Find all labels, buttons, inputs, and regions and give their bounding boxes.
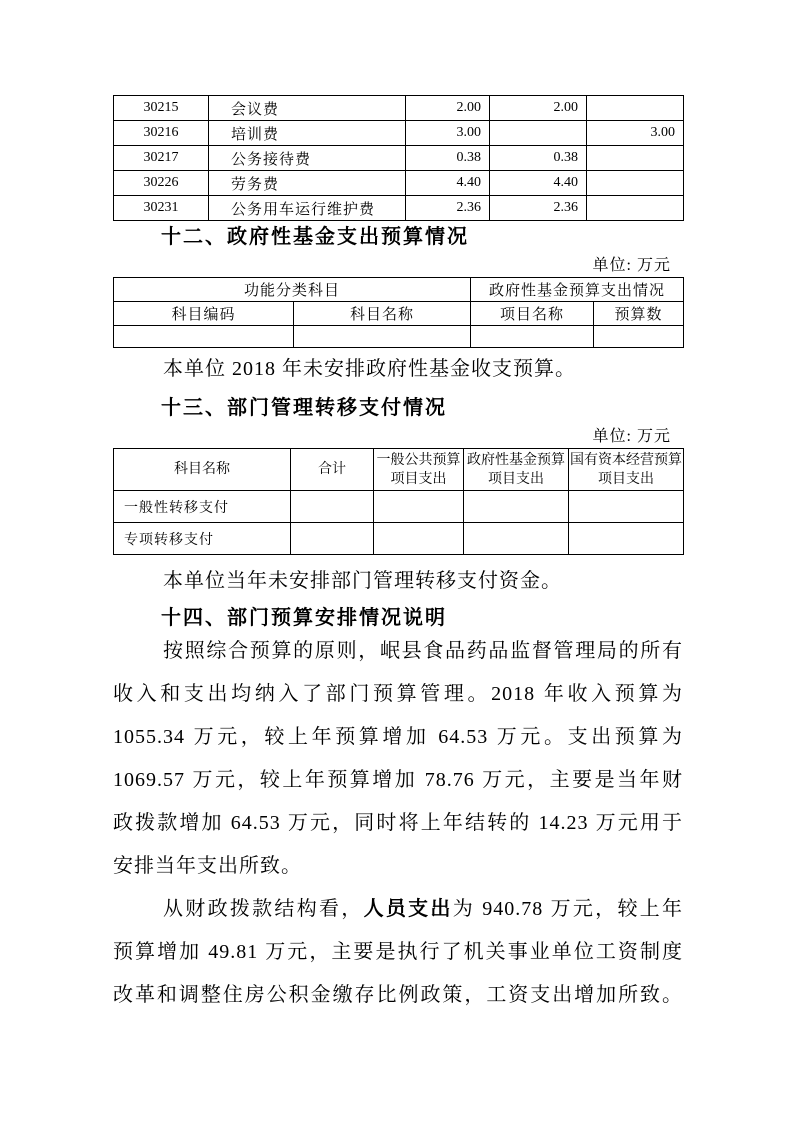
cell-subject-code: 30217 xyxy=(114,146,209,171)
header-line: 国有资本经营预算 xyxy=(569,451,683,470)
paragraph-line: 按照综合预算的原则，岷县食品药品监督管理局的所有 xyxy=(113,630,683,673)
cell-subject-name: 培训费 xyxy=(209,121,406,146)
empty-cell xyxy=(294,326,471,348)
section-14-body: 按照综合预算的原则，岷县食品药品监督管理局的所有 收入和支出均纳入了部门预算管理… xyxy=(113,630,683,1017)
cell-amount-total: 0.38 xyxy=(406,146,490,171)
paragraph-line: 从财政拨款结构看，人员支出为 940.78 万元，较上年 xyxy=(113,888,683,931)
column-header-total: 合计 xyxy=(291,449,374,491)
paragraph-line: 预算增加 49.81 万元，主要是执行了机关事业单位工资制度 xyxy=(113,931,683,974)
header-line: 项目支出 xyxy=(569,470,683,489)
table-header-row: 科目编码 科目名称 项目名称 预算数 xyxy=(114,302,684,326)
cell-row-label: 一般性转移支付 xyxy=(114,491,291,523)
column-header-government-fund-budget: 政府性基金预算 项目支出 xyxy=(464,449,569,491)
table-row: 专项转移支付 xyxy=(114,523,684,555)
page-content: 30215 会议费 2.00 2.00 30216 培训费 3.00 3.00 … xyxy=(113,95,683,1017)
group-header-fund-expense: 政府性基金预算支出情况 xyxy=(471,278,684,302)
cell-subject-name: 公务接待费 xyxy=(209,146,406,171)
column-header-state-capital-budget: 国有资本经营预算 项目支出 xyxy=(569,449,684,491)
cell-amount-total: 2.36 xyxy=(406,196,490,221)
section-13-note: 本单位当年未安排部门管理转移支付资金。 xyxy=(113,568,683,594)
cell-amount-basic: 4.40 xyxy=(490,171,587,196)
table-row: 30226 劳务费 4.40 4.40 xyxy=(114,171,684,196)
section-12-heading: 十二、政府性基金支出预算情况 xyxy=(161,225,683,249)
column-header-subject-code: 科目编码 xyxy=(114,302,294,326)
table-row: 一般性转移支付 xyxy=(114,491,684,523)
cell-amount-basic: 2.36 xyxy=(490,196,587,221)
text-segment: 从财政拨款结构看， xyxy=(163,898,364,920)
cell-amount-total: 2.00 xyxy=(406,96,490,121)
table-group-header-row: 功能分类科目 政府性基金预算支出情况 xyxy=(114,278,684,302)
group-header-function-class: 功能分类科目 xyxy=(114,278,471,302)
paragraph-line: 1069.57 万元，较上年预算增加 78.76 万元，主要是当年财 xyxy=(113,759,683,802)
empty-cell xyxy=(569,491,684,523)
cell-amount-basic: 0.38 xyxy=(490,146,587,171)
cell-subject-name: 会议费 xyxy=(209,96,406,121)
section-13-heading: 十三、部门管理转移支付情况 xyxy=(161,396,683,420)
empty-cell xyxy=(594,326,684,348)
table-header-row: 科目名称 合计 一般公共预算 项目支出 政府性基金预算 项目支出 国有资本经营预… xyxy=(114,449,684,491)
transfer-payment-table: 科目名称 合计 一般公共预算 项目支出 政府性基金预算 项目支出 国有资本经营预… xyxy=(113,448,684,555)
cell-amount-total: 3.00 xyxy=(406,121,490,146)
empty-cell xyxy=(471,326,594,348)
cell-subject-code: 30215 xyxy=(114,96,209,121)
section-14-heading: 十四、部门预算安排情况说明 xyxy=(161,606,683,630)
table-row: 30231 公务用车运行维护费 2.36 2.36 xyxy=(114,196,684,221)
document-page: 30215 会议费 2.00 2.00 30216 培训费 3.00 3.00 … xyxy=(0,0,793,1122)
section-12-note: 本单位 2018 年未安排政府性基金收支预算。 xyxy=(113,356,683,382)
cell-amount-basic xyxy=(490,121,587,146)
header-line: 政府性基金预算 xyxy=(464,451,568,470)
empty-cell xyxy=(374,523,464,555)
column-header-project-name: 项目名称 xyxy=(471,302,594,326)
table-empty-row xyxy=(114,326,684,348)
bold-term-personnel-expense: 人员支出 xyxy=(364,898,453,920)
text-segment: 为 940.78 万元，较上年 xyxy=(453,898,683,920)
paragraph-line: 安排当年支出所致。 xyxy=(113,845,683,888)
column-header-general-public-budget: 一般公共预算 项目支出 xyxy=(374,449,464,491)
cell-amount-project xyxy=(587,171,684,196)
empty-cell xyxy=(464,523,569,555)
expense-classification-table: 30215 会议费 2.00 2.00 30216 培训费 3.00 3.00 … xyxy=(113,95,684,221)
cell-subject-name: 劳务费 xyxy=(209,171,406,196)
unit-label-section12: 单位: 万元 xyxy=(113,257,683,274)
header-line: 项目支出 xyxy=(464,470,568,489)
cell-amount-project xyxy=(587,96,684,121)
empty-cell xyxy=(569,523,684,555)
paragraph-line: 1055.34 万元，较上年预算增加 64.53 万元。支出预算为 xyxy=(113,716,683,759)
column-header-subject-name: 科目名称 xyxy=(114,449,291,491)
cell-subject-name: 公务用车运行维护费 xyxy=(209,196,406,221)
empty-cell xyxy=(464,491,569,523)
cell-subject-code: 30231 xyxy=(114,196,209,221)
cell-amount-project xyxy=(587,196,684,221)
table-row: 30215 会议费 2.00 2.00 xyxy=(114,96,684,121)
column-header-budget-amount: 预算数 xyxy=(594,302,684,326)
cell-row-label: 专项转移支付 xyxy=(114,523,291,555)
empty-cell xyxy=(374,491,464,523)
table-row: 30216 培训费 3.00 3.00 xyxy=(114,121,684,146)
empty-cell xyxy=(291,523,374,555)
empty-cell xyxy=(114,326,294,348)
cell-amount-project: 3.00 xyxy=(587,121,684,146)
paragraph-line: 收入和支出均纳入了部门预算管理。2018 年收入预算为 xyxy=(113,673,683,716)
cell-amount-basic: 2.00 xyxy=(490,96,587,121)
cell-amount-total: 4.40 xyxy=(406,171,490,196)
unit-label-section13: 单位: 万元 xyxy=(113,428,683,445)
header-line: 项目支出 xyxy=(374,470,463,489)
header-line: 一般公共预算 xyxy=(374,451,463,470)
paragraph-line: 改革和调整住房公积金缴存比例政策，工资支出增加所致。 xyxy=(113,974,683,1017)
cell-subject-code: 30226 xyxy=(114,171,209,196)
column-header-subject-name: 科目名称 xyxy=(294,302,471,326)
empty-cell xyxy=(291,491,374,523)
paragraph-line: 政拨款增加 64.53 万元，同时将上年结转的 14.23 万元用于 xyxy=(113,802,683,845)
table-row: 30217 公务接待费 0.38 0.38 xyxy=(114,146,684,171)
cell-amount-project xyxy=(587,146,684,171)
cell-subject-code: 30216 xyxy=(114,121,209,146)
government-fund-budget-table: 功能分类科目 政府性基金预算支出情况 科目编码 科目名称 项目名称 预算数 xyxy=(113,277,684,348)
